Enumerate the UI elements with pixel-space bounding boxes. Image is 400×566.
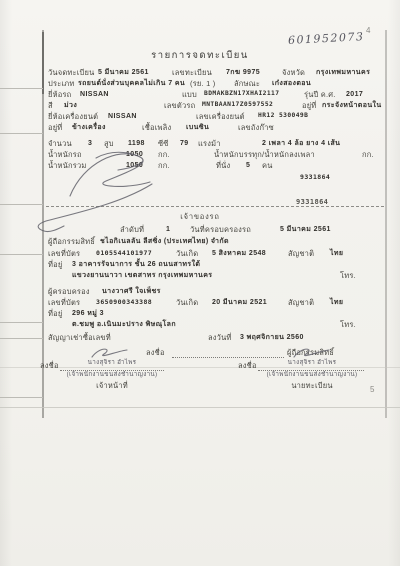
- ledger-line: [0, 322, 43, 323]
- brand-label: ยี่ห้อรถ: [48, 91, 71, 99]
- holder-dob-label: วันเกิด: [176, 250, 198, 258]
- seats-unit: คน: [262, 162, 273, 170]
- holder-nationality-label: สัญชาติ: [288, 250, 314, 258]
- holder-id-label: เลขที่บัตร: [48, 250, 80, 258]
- province-value: กรุงเทพมหานคร: [316, 69, 370, 77]
- province-label: จังหวัด: [282, 69, 305, 77]
- reg-date-value: 5 มีนาคม 2561: [98, 69, 149, 77]
- cylinders-unit: สูบ: [104, 140, 114, 148]
- ledger-line: [0, 254, 43, 255]
- holder-tel-label: โทร.: [340, 272, 356, 280]
- possession-date-label: วันที่ครอบครองรถ: [190, 226, 251, 234]
- registration-document-scan: 4 601952073 รายการจดทะเบียน วันจดทะเบียน…: [0, 0, 400, 566]
- cylinders-label: จำนวน: [48, 140, 72, 148]
- cc-value: 1198: [128, 140, 145, 148]
- engine-brand-value: NISSAN: [108, 113, 137, 121]
- officer-stamp-name: นางสุจิรา อำไพร: [62, 360, 162, 367]
- officer-sign-label: ลงชื่อ: [40, 362, 59, 370]
- officer-signature-squiggle: [92, 349, 127, 357]
- hire-purchase-contract-label: สัญญาเช่าซื้อเลขที่: [48, 334, 111, 342]
- engine-brand-label: ยี่ห้อเครื่องยนต์: [48, 113, 98, 121]
- plate-value: 7กฆ 9975: [226, 69, 260, 77]
- vin-location-value: กระจังหน้าตอนใน: [322, 102, 382, 110]
- document-number: 9331864: [300, 174, 330, 181]
- seats-value: 5: [246, 162, 250, 170]
- registrar-sign-label: ลงชื่อ: [238, 362, 257, 370]
- holder-nationality-value: ไทย: [330, 250, 343, 258]
- vin-label: เลขตัวรถ: [164, 102, 195, 110]
- body-style-value: เก๋งสองตอน: [272, 80, 311, 88]
- plate-label: เลขทะเบียน: [172, 69, 212, 77]
- possessor-nationality-label: สัญชาติ: [288, 299, 314, 307]
- ledger-line: [0, 88, 43, 89]
- section-separator-dashes: [46, 206, 384, 207]
- type-value: รถยนต์นั่งส่วนบุคคลไม่เกิน 7 คน: [78, 80, 185, 88]
- color-label: สี: [48, 102, 53, 110]
- curb-weight-value: 1050: [126, 151, 143, 159]
- handwritten-document-number: 601952073: [288, 31, 365, 47]
- engine-location-label: อยู่ที่: [48, 124, 62, 132]
- hp-unit: แรงม้า: [198, 140, 221, 148]
- page-footer-number: 5: [370, 386, 375, 395]
- curb-weight-unit: กก.: [158, 151, 170, 159]
- contract-date-value: 3 พฤศจิกายน 2560: [240, 334, 304, 342]
- gross-weight-label: น้ำหนักรวม: [48, 162, 87, 170]
- brand-value: NISSAN: [80, 91, 109, 99]
- color-value: ม่วง: [64, 102, 77, 110]
- ledger-line-full: [0, 367, 400, 368]
- registrar-stamp-name: นางสุจิรา อำไพร: [262, 360, 362, 367]
- possessor-label: ผู้ครอบครอง: [48, 288, 90, 296]
- right-margin-line: [385, 30, 387, 418]
- gas-tank-label: เลขถังก๊าซ: [238, 124, 274, 132]
- separator-document-number: 9331864: [296, 199, 328, 207]
- possessor-address-line2: ต.ชมพู อ.เนินมะปราง พิษณุโลก: [72, 321, 176, 329]
- holder-sign-label: ลงชื่อ: [146, 349, 165, 357]
- registrar-role-label: นายทะเบียน: [262, 382, 362, 390]
- sequence-value: 1: [166, 226, 170, 234]
- left-margin-line-dark: [42, 32, 44, 94]
- year-label: รุ่นปี ค.ศ.: [304, 91, 336, 99]
- load-weight-label: น้ำหนักบรรทุก/น้ำหนักลงเพลา: [214, 151, 315, 159]
- fuel-value: เบนซิน: [186, 124, 209, 132]
- hp-value: 79: [180, 140, 189, 148]
- ledger-line: [0, 338, 43, 339]
- body-style-label: ลักษณะ: [234, 80, 260, 88]
- officer-role-label: เจ้าหน้าที่: [62, 382, 162, 390]
- ledger-line: [0, 133, 43, 134]
- holder-label: ผู้ถือกรรมสิทธิ์: [48, 238, 95, 246]
- engine-number-label: เลขเครื่องยนต์: [196, 113, 245, 121]
- holder-address-label: ที่อยู่: [48, 261, 62, 269]
- type-label: ประเภท: [48, 80, 74, 88]
- seats-label: ที่นั่ง: [216, 162, 230, 170]
- load-weight-unit: กก.: [362, 151, 374, 159]
- model-label: แบบ: [182, 91, 197, 99]
- vin-value: MNTBAAN17Z0597552: [202, 102, 273, 109]
- holder-signature-line: [172, 356, 284, 358]
- possessor-name-value: นางวาศรี ใจเพ็ชร: [102, 288, 161, 296]
- possessor-id-value: 3650900343388: [96, 299, 152, 306]
- document-title: รายการจดทะเบียน: [0, 51, 400, 61]
- possessor-tel-label: โทร.: [340, 321, 356, 329]
- vin-location-label: อยู่ที่: [302, 102, 316, 110]
- possessor-address-label: ที่อยู่: [48, 310, 62, 318]
- gross-weight-unit: กก.: [158, 162, 170, 170]
- possessor-address-line1: 296 หมู่ 3: [72, 310, 104, 318]
- holder-name-value: ชไอกิเนลลัน ลีสซิ่ง (ประเทศไทย) จำกัด: [100, 238, 229, 246]
- engine-number-value: HR12 530049B: [258, 113, 308, 120]
- ledger-line: [0, 397, 43, 398]
- possessor-nationality-value: ไทย: [330, 299, 343, 307]
- ledger-line: [0, 204, 43, 205]
- model-value: BDMAKBZN17XHAI2117: [204, 91, 279, 98]
- fuel-label: เชื้อเพลิง: [142, 124, 171, 132]
- holder-address-line1: 3 อาคารรัจนาการ ชั้น 26 ถนนสาทรใต้: [72, 261, 200, 269]
- holder-address-line2: แขวงยานนาวา เขตสาทร กรุงเทพมหานคร: [72, 272, 212, 280]
- registrar-stamp-title: (เจ้าพนักงานขนส่งชำนาญงาน): [250, 372, 374, 379]
- possessor-id-label: เลขที่บัตร: [48, 299, 80, 307]
- holder-sign-role-label: ผู้ถือกรรมสิทธิ์: [287, 349, 334, 357]
- contract-date-label: ลงวันที่: [208, 334, 232, 342]
- officer-stamp-title: (เจ้าพนักงานขนส่งชำนาญงาน): [50, 372, 174, 379]
- ledger-line-full: [0, 407, 400, 408]
- holder-dob-value: 5 สิงหาคม 2548: [212, 250, 266, 258]
- owner-section-header: เจ้าของรถ: [0, 213, 400, 221]
- gross-weight-value: 1050: [126, 162, 143, 170]
- sequence-label: ลำดับที่: [120, 226, 144, 234]
- type-code: (รย. 1 ): [190, 80, 215, 88]
- possession-date-value: 5 มีนาคม 2561: [280, 226, 331, 234]
- possessor-dob-label: วันเกิด: [176, 299, 198, 307]
- cylinders-value: 3: [88, 140, 92, 148]
- cc-unit: ซีซี: [158, 140, 169, 148]
- curb-weight-label: น้ำหนักรถ: [48, 151, 82, 159]
- reg-date-label: วันจดทะเบียน: [48, 69, 94, 77]
- possessor-dob-value: 20 มีนาคม 2521: [212, 299, 267, 307]
- axles-wheels-value: 2 เพลา 4 ล้อ ยาง 4 เส้น: [262, 140, 340, 148]
- holder-id-value: 0105544101977: [96, 250, 152, 257]
- year-value: 2017: [346, 91, 363, 99]
- engine-location-value: ข้างเครื่อง: [72, 124, 106, 132]
- page-corner-number: 4: [366, 27, 371, 36]
